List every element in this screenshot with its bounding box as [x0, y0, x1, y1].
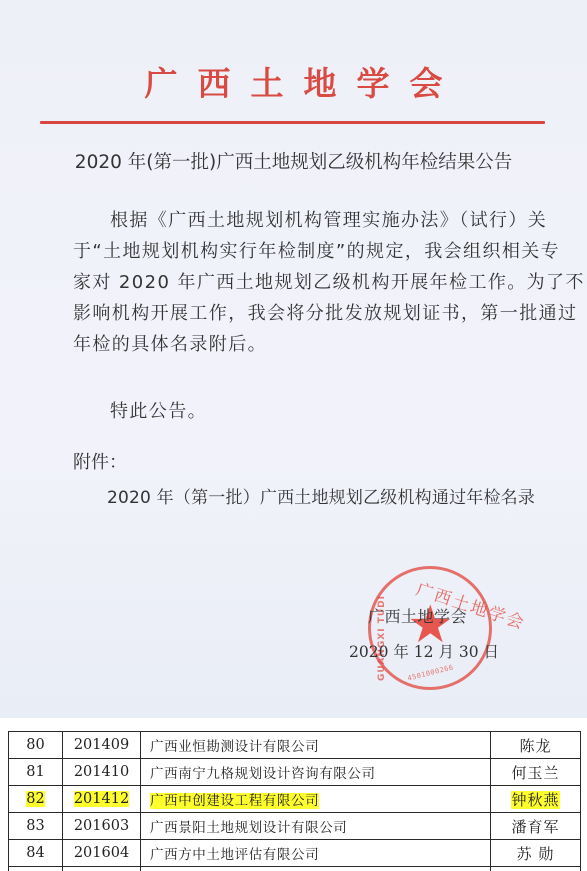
certificate-code: 201409: [63, 732, 141, 759]
table-row: 84 201604 广西方中土地评估有限公司 苏 勋: [9, 840, 581, 867]
contact-person: 何玉兰: [491, 759, 581, 786]
company-name: 广西业恒勘测设计有限公司: [141, 732, 491, 759]
body-line: 家对 2020 年广西土地规划乙级机构开展年检工作。为了不: [73, 267, 535, 298]
body-line: 影响机构开展工作，我会将分批发放规划证书，第一批通过: [73, 298, 535, 329]
notice-body: 根据《广西土地规划机构管理实施办法》（试行）关 于“土地规划机构实行年检制度”的…: [73, 205, 535, 360]
company-name: 广西中创建设工程有限公司: [141, 786, 491, 813]
body-line: 根据《广西土地规划机构管理实施办法》（试行）关: [73, 205, 535, 236]
contact-person: 钟秋燕: [491, 786, 581, 813]
highlight: 82: [26, 791, 44, 807]
contact-person: 潘育军: [491, 813, 581, 840]
company-name: 广西南宁九格规划设计咨询有限公司: [141, 759, 491, 786]
row-number: 83: [9, 813, 63, 840]
contact-person: 陈龙: [491, 732, 581, 759]
row-number: 80: [9, 732, 63, 759]
row-number: 82: [9, 786, 63, 813]
company-name: 广西景阳土地规划设计有限公司: [141, 813, 491, 840]
table-row: 83 201603 广西景阳土地规划设计有限公司 潘育军: [9, 813, 581, 840]
closing-remark: 特此公告。: [110, 397, 207, 423]
attachment-label: 附件：: [73, 448, 127, 474]
row-number: 81: [9, 759, 63, 786]
letterhead-divider: [40, 121, 545, 124]
table-row: 80 201409 广西业恒勘测设计有限公司 陈龙: [9, 732, 581, 759]
table-row-cutoff: [9, 867, 581, 871]
certificate-code: 201604: [63, 840, 141, 867]
certificate-code: 201412: [63, 786, 141, 813]
notice-page: 广西土地学会 2020 年(第一批)广西土地规划乙级机构年检结果公告 根据《广西…: [0, 0, 587, 718]
table-row-highlighted: 82 201412 广西中创建设工程有限公司 钟秋燕: [9, 786, 581, 813]
table-row: 81 201410 广西南宁九格规划设计咨询有限公司 何玉兰: [9, 759, 581, 786]
certificate-code: 201603: [63, 813, 141, 840]
official-seal: 广西土地学会 GUANGXI TUDI ★ 4501000266: [368, 566, 492, 690]
company-name: 广西方中土地评估有限公司: [141, 840, 491, 867]
contact-person: 苏 勋: [491, 840, 581, 867]
highlight: 广西中创建设工程有限公司: [150, 793, 319, 809]
notice-title: 2020 年(第一批)广西土地规划乙级机构年检结果公告: [0, 148, 587, 174]
highlight: 钟秋燕: [511, 791, 559, 809]
attachment-item: 2020 年（第一批）广西土地规划乙级机构通过年检名录: [107, 483, 535, 508]
row-number: 84: [9, 840, 63, 867]
highlight: 201412: [74, 791, 129, 807]
signature-organization: 广西土地学会: [368, 604, 467, 627]
institution-list-table: 80 201409 广西业恒勘测设计有限公司 陈龙 81 201410 广西南宁…: [8, 731, 581, 871]
seal-code: 4501000266: [407, 663, 455, 682]
certificate-code: 201410: [63, 759, 141, 786]
body-line: 于“土地规划机构实行年检制度”的规定，我会组织相关专: [73, 236, 535, 267]
letterhead-title: 广西土地学会: [0, 58, 587, 105]
body-line: 年检的具体名录附后。: [73, 329, 535, 360]
signature-date: 2020 年 12 月 30 日: [349, 640, 499, 662]
